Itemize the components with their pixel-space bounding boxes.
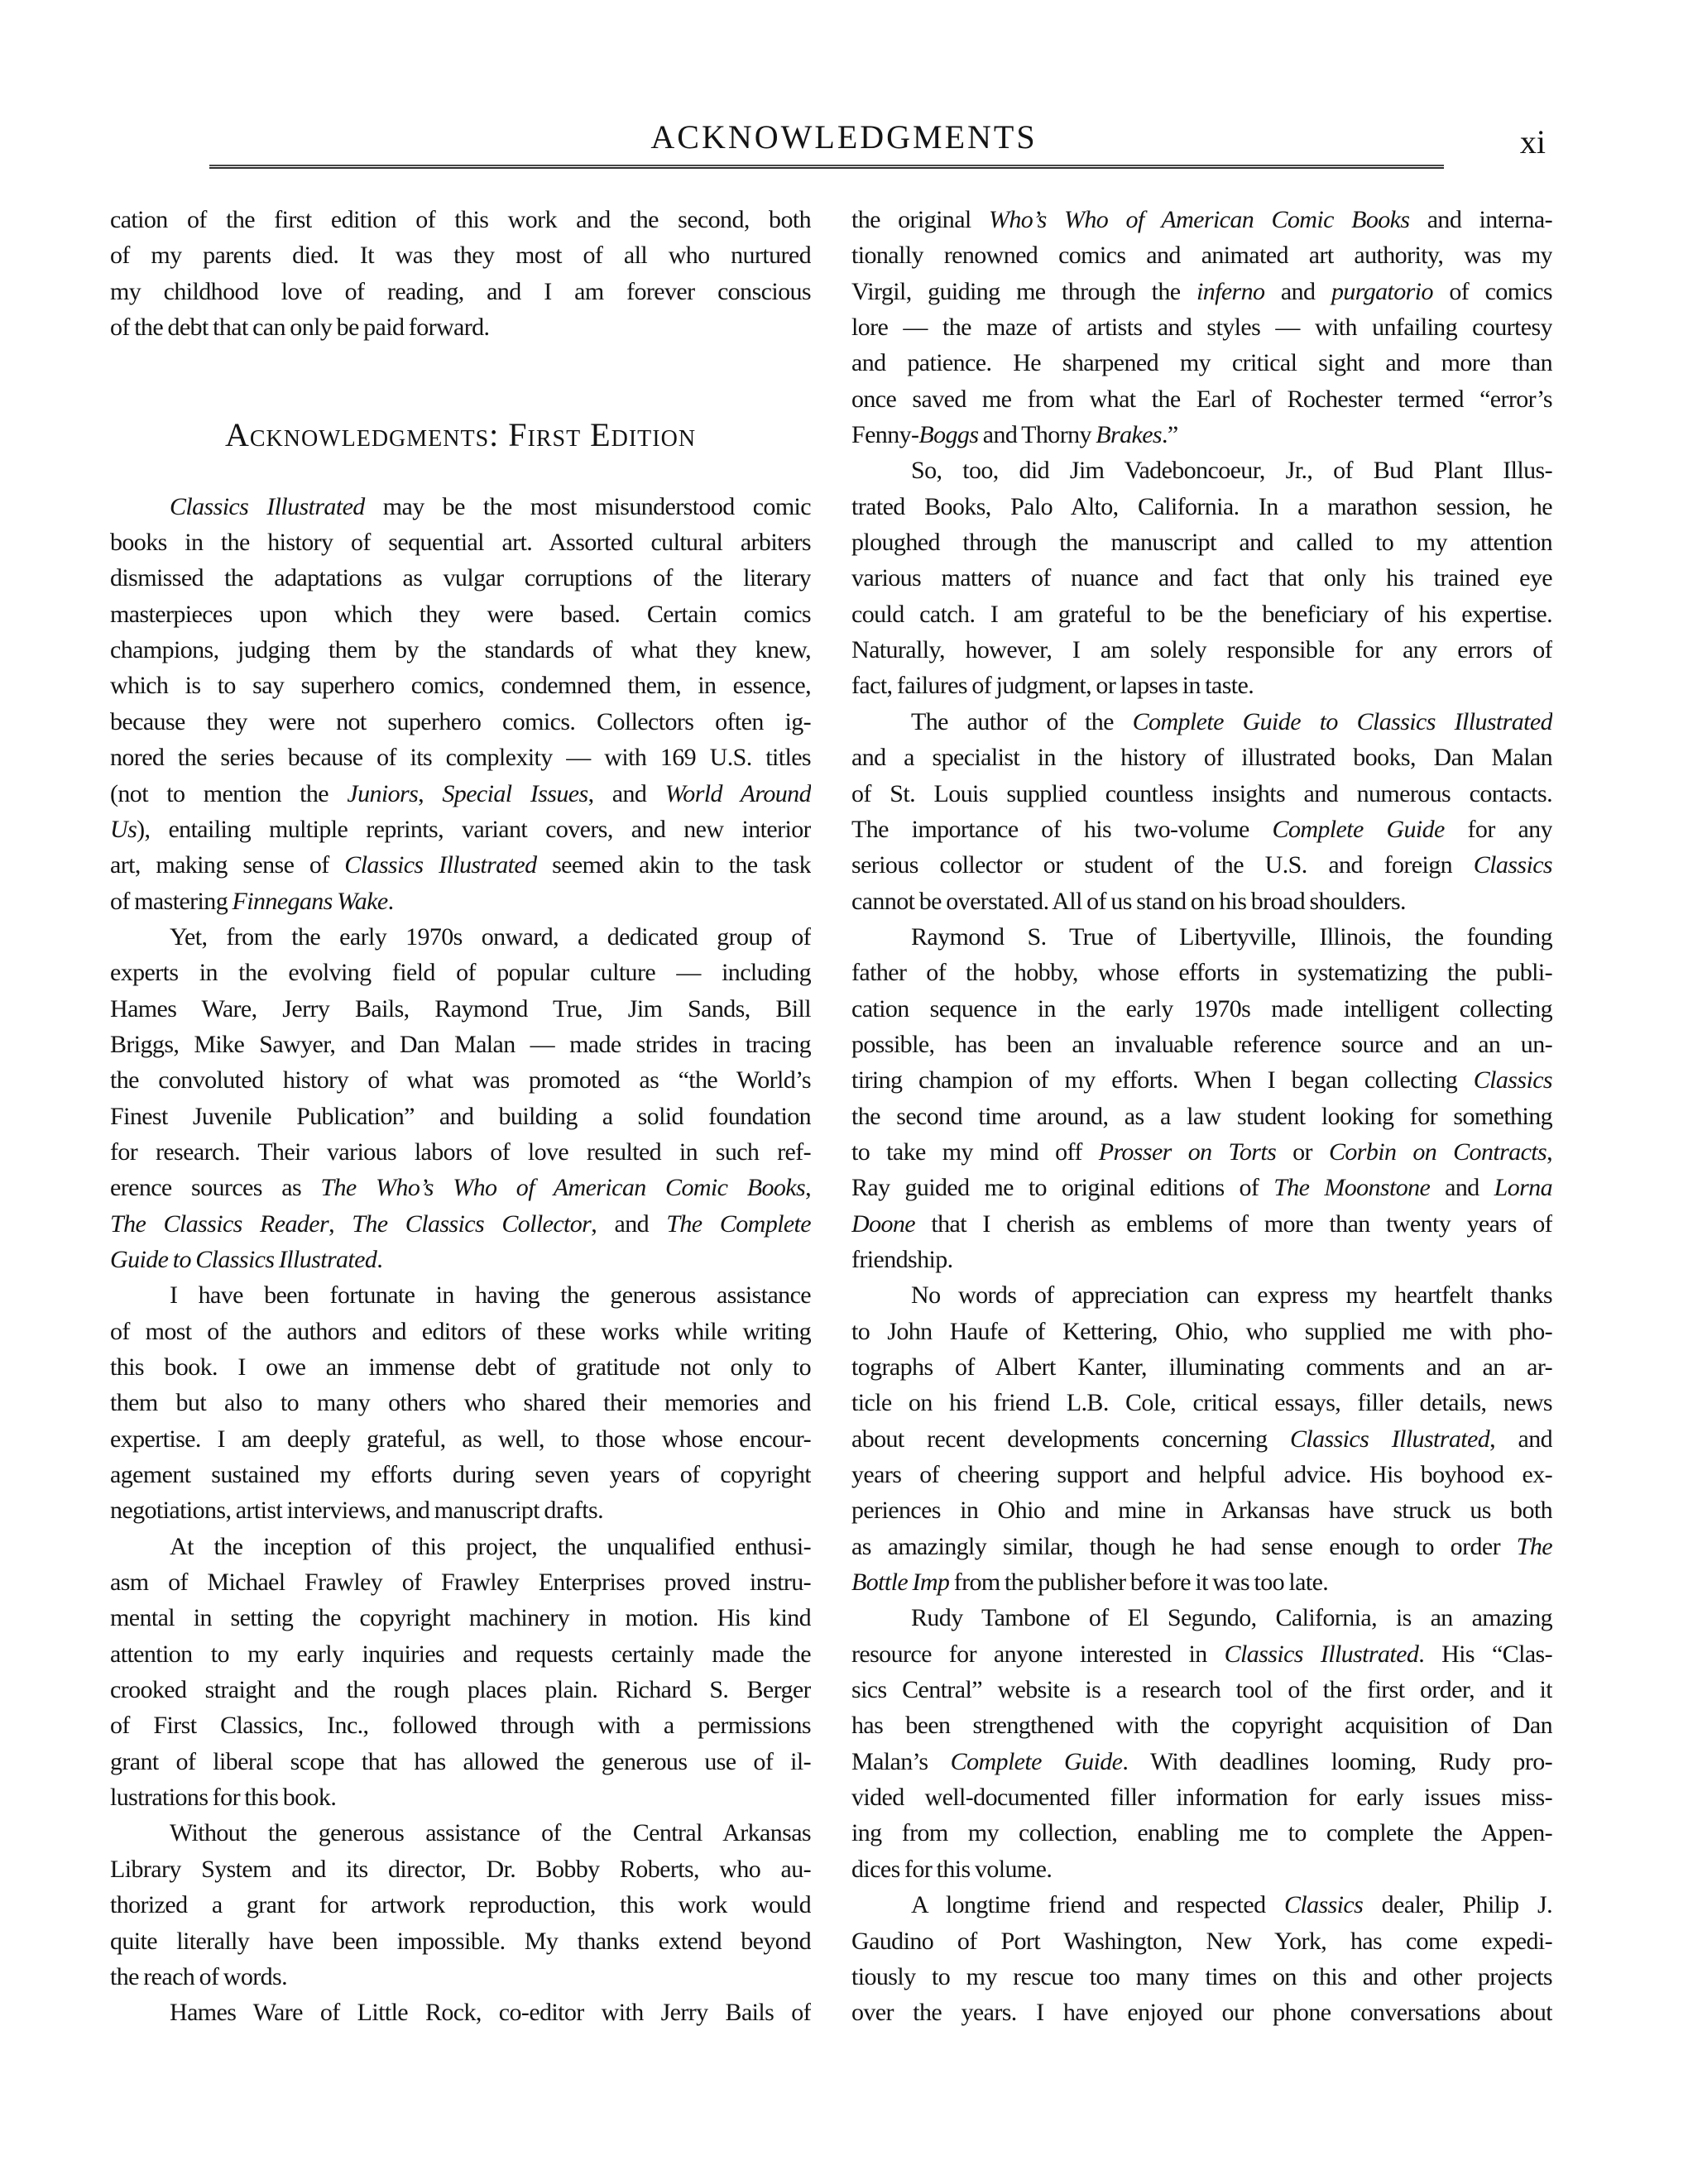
text-line: Bottle Imp from the publisher before it … — [851, 1564, 1552, 1600]
text-line: and patience. He sharpened my critical s… — [851, 345, 1552, 381]
paragraph: I have been fortunate in having the gene… — [110, 1277, 811, 1528]
text-line: dismissed the adaptations as vulgar corr… — [110, 560, 811, 596]
text-line: At the inception of this project, the un… — [110, 1529, 811, 1564]
text-line: The Classics Reader, The Classics Collec… — [110, 1206, 811, 1242]
text-line: of St. Louis supplied countless insights… — [851, 776, 1552, 812]
text-line: sics Central” website is a research tool… — [851, 1672, 1552, 1707]
text-line: erence sources as The Who’s Who of Ameri… — [110, 1170, 811, 1205]
text-line: ploughed through the manuscript and call… — [851, 524, 1552, 560]
text-line: ticle on his friend L.B. Cole, critical … — [851, 1385, 1552, 1420]
text-line: possible, has been an invaluable referen… — [851, 1027, 1552, 1062]
text-line: I have been fortunate in having the gene… — [110, 1277, 811, 1313]
text-line: cation of the first edition of this work… — [110, 202, 811, 237]
text-line: Fenny-Boggs and Thorny Brakes.” — [851, 417, 1552, 453]
text-line: tiously to my rescue too many times on t… — [851, 1959, 1552, 1995]
text-line: experts in the evolving field of popular… — [110, 955, 811, 990]
text-line: Finest Juvenile Publication” and buildin… — [110, 1099, 811, 1134]
paragraph: A longtime friend and respected Classics… — [851, 1887, 1552, 2030]
text-line: champions, judging them by the standards… — [110, 632, 811, 668]
text-line: lore — the maze of artists and styles — … — [851, 309, 1552, 345]
right-column: the original Who’s Who of American Comic… — [851, 202, 1552, 2031]
paragraph: Hames Ware of Little Rock, co-editor wit… — [110, 1995, 811, 2030]
text-line: agement sustained my efforts during seve… — [110, 1457, 811, 1492]
text-line: A longtime friend and respected Classics… — [851, 1887, 1552, 1923]
text-line: Hames Ware, Jerry Bails, Raymond True, J… — [110, 991, 811, 1027]
text-line: periences in Ohio and mine in Arkansas h… — [851, 1492, 1552, 1528]
text-line: No words of appreciation can express my … — [851, 1277, 1552, 1313]
paragraph: Yet, from the early 1970s onward, a dedi… — [110, 919, 811, 1277]
text-line: as amazingly similar, though he had sens… — [851, 1529, 1552, 1564]
text-line: books in the history of sequential art. … — [110, 524, 811, 560]
text-line: cannot be overstated. All of us stand on… — [851, 884, 1552, 919]
text-line: of mastering Finnegans Wake. — [110, 884, 811, 919]
text-line: the second time around, as a law student… — [851, 1099, 1552, 1134]
text-line: and a specialist in the history of illus… — [851, 740, 1552, 775]
text-line: thorized a grant for artwork reproductio… — [110, 1887, 811, 1923]
text-line: the convoluted history of what was promo… — [110, 1062, 811, 1098]
text-line: The author of the Complete Guide to Clas… — [851, 704, 1552, 740]
text-line: tiring champion of my efforts. When I be… — [851, 1062, 1552, 1098]
paragraph: Classics Illustrated may be the most mis… — [110, 489, 811, 919]
text-line: grant of liberal scope that has allowed … — [110, 1744, 811, 1779]
text-line: them but also to many others who shared … — [110, 1385, 811, 1420]
text-line: of First Classics, Inc., followed throug… — [110, 1707, 811, 1743]
text-line: the original Who’s Who of American Comic… — [851, 202, 1552, 237]
running-head-title: ACKNOWLEDGMENTS — [0, 121, 1688, 154]
text-line: negotiations, artist interviews, and man… — [110, 1492, 811, 1528]
text-line: nored the series because of its complexi… — [110, 740, 811, 775]
text-line: Ray guided me to original editions of Th… — [851, 1170, 1552, 1205]
text-line: cation sequence in the early 1970s made … — [851, 991, 1552, 1027]
text-line: vided well-documented filler information… — [851, 1779, 1552, 1815]
text-line: resource for anyone interested in Classi… — [851, 1636, 1552, 1672]
text-line: Naturally, however, I am solely responsi… — [851, 632, 1552, 668]
text-line: to take my mind off Prosser on Torts or … — [851, 1134, 1552, 1170]
text-line: Hames Ware of Little Rock, co-editor wit… — [110, 1995, 811, 2030]
text-line: ing from my collection, enabling me to c… — [851, 1815, 1552, 1851]
text-line: fact, failures of judgment, or lapses in… — [851, 668, 1552, 703]
text-line: The importance of his two-volume Complet… — [851, 812, 1552, 847]
paragraph: So, too, did Jim Vadeboncoeur, Jr., of B… — [851, 453, 1552, 703]
text-line: lustrations for this book. — [110, 1779, 811, 1815]
text-line: quite literally have been impossible. My… — [110, 1923, 811, 1959]
text-line: serious collector or student of the U.S.… — [851, 847, 1552, 883]
text-line: Without the generous assistance of the C… — [110, 1815, 811, 1851]
paragraph: At the inception of this project, the un… — [110, 1529, 811, 1816]
text-line: dices for this volume. — [851, 1851, 1552, 1887]
text-line: Rudy Tambone of El Segundo, California, … — [851, 1600, 1552, 1636]
text-line: the reach of words. — [110, 1959, 811, 1995]
text-line: about recent developments concerning Cla… — [851, 1421, 1552, 1457]
left-column: cation of the first edition of this work… — [110, 202, 811, 2031]
text-line: to John Haufe of Kettering, Ohio, who su… — [851, 1314, 1552, 1349]
text-line: because they were not superhero comics. … — [110, 704, 811, 740]
text-line: expertise. I am deeply grateful, as well… — [110, 1421, 811, 1457]
text-line: years of cheering support and helpful ad… — [851, 1457, 1552, 1492]
text-line: art, making sense of Classics Illustrate… — [110, 847, 811, 883]
text-line: Guide to Classics Illustrated. — [110, 1242, 811, 1277]
text-line: Gaudino of Port Washington, New York, ha… — [851, 1923, 1552, 1959]
text-line: Briggs, Mike Sawyer, and Dan Malan — mad… — [110, 1027, 811, 1062]
paragraph: the original Who’s Who of American Comic… — [851, 202, 1552, 453]
header-rule — [209, 165, 1444, 169]
text-line: of my parents died. It was they most of … — [110, 237, 811, 273]
text-line: could catch. I am grateful to be the ben… — [851, 596, 1552, 632]
book-page: ACKNOWLEDGMENTS xi cation of the first e… — [0, 0, 1688, 2184]
text-line: this book. I owe an immense debt of grat… — [110, 1349, 811, 1385]
paragraph: The author of the Complete Guide to Clas… — [851, 704, 1552, 919]
text-line: my childhood love of reading, and I am f… — [110, 274, 811, 309]
text-line: crooked straight and the rough places pl… — [110, 1672, 811, 1707]
text-line: asm of Michael Frawley of Frawley Enterp… — [110, 1564, 811, 1600]
text-line: Yet, from the early 1970s onward, a dedi… — [110, 919, 811, 955]
text-line: (not to mention the Juniors, Special Iss… — [110, 776, 811, 812]
text-line: friendship. — [851, 1242, 1552, 1277]
paragraph: cation of the first edition of this work… — [110, 202, 811, 345]
section-heading: Acknowledgments: First Edition — [110, 417, 811, 453]
text-line: over the years. I have enjoyed our phone… — [851, 1995, 1552, 2030]
paragraph: Rudy Tambone of El Segundo, California, … — [851, 1600, 1552, 1887]
paragraph: Raymond S. True of Libertyville, Illinoi… — [851, 919, 1552, 1277]
text-line: tographs of Albert Kanter, illuminating … — [851, 1349, 1552, 1385]
text-line: attention to my early inquiries and requ… — [110, 1636, 811, 1672]
text-line: of most of the authors and editors of th… — [110, 1314, 811, 1349]
text-line: various matters of nuance and fact that … — [851, 560, 1552, 596]
text-line: Library System and its director, Dr. Bob… — [110, 1851, 811, 1887]
text-line: Malan’s Complete Guide. With deadlines l… — [851, 1744, 1552, 1779]
page-number: xi — [1520, 126, 1546, 159]
text-line: of the debt that can only be paid forwar… — [110, 309, 811, 345]
text-line: Doone that I cherish as emblems of more … — [851, 1206, 1552, 1242]
text-line: trated Books, Palo Alto, California. In … — [851, 489, 1552, 524]
text-line: Us), entailing multiple reprints, varian… — [110, 812, 811, 847]
paragraph: No words of appreciation can express my … — [851, 1277, 1552, 1600]
text-line: father of the hobby, whose efforts in sy… — [851, 955, 1552, 990]
text-line: once saved me from what the Earl of Roch… — [851, 381, 1552, 417]
paragraph: Without the generous assistance of the C… — [110, 1815, 811, 1995]
text-line: for research. Their various labors of lo… — [110, 1134, 811, 1170]
text-line: Raymond S. True of Libertyville, Illinoi… — [851, 919, 1552, 955]
text-line: mental in setting the copyright machiner… — [110, 1600, 811, 1636]
text-line: Classics Illustrated may be the most mis… — [110, 489, 811, 524]
text-line: which is to say superhero comics, condem… — [110, 668, 811, 703]
text-line: So, too, did Jim Vadeboncoeur, Jr., of B… — [851, 453, 1552, 488]
text-line: tionally renowned comics and animated ar… — [851, 237, 1552, 273]
text-line: Virgil, guiding me through the inferno a… — [851, 274, 1552, 309]
text-line: masterpieces upon which they were based.… — [110, 596, 811, 632]
text-line: has been strengthened with the copyright… — [851, 1707, 1552, 1743]
